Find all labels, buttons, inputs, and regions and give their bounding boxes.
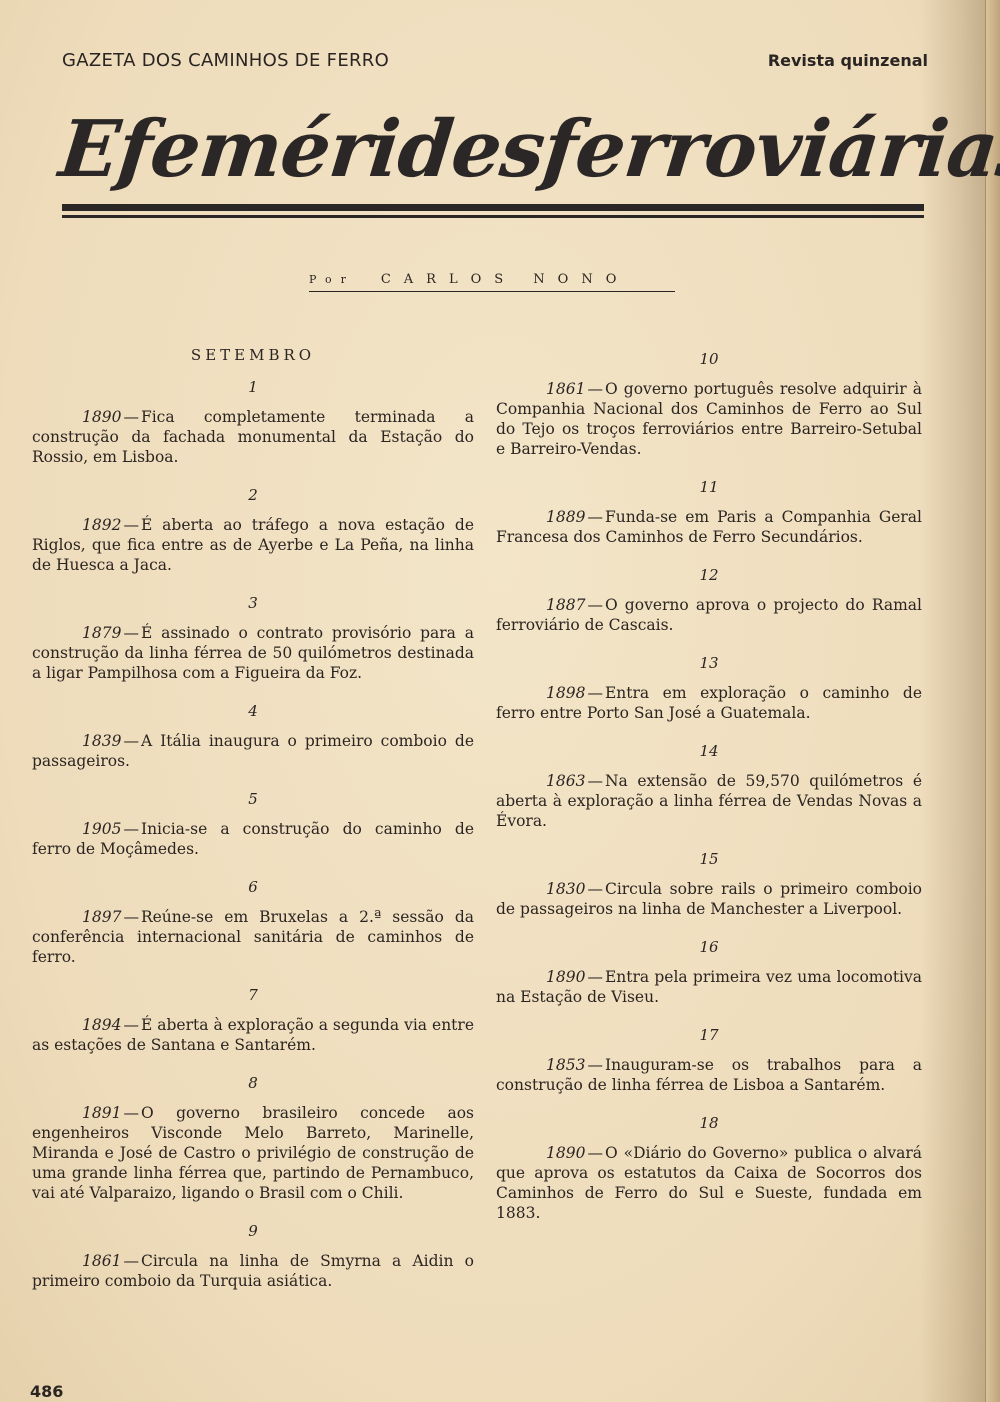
entry-year: 1830 (546, 880, 585, 898)
day-number: 16 (496, 937, 922, 957)
title-word-2: ferroviárias (538, 100, 1000, 200)
byline: PorCARLOS NONO (309, 272, 675, 292)
right-column: 10 1861—O governo português resolve adqu… (496, 349, 922, 1241)
month-heading: SETEMBRO (32, 345, 474, 365)
day-number: 12 (496, 565, 922, 585)
day-number: 13 (496, 653, 922, 673)
entry: 17 1853—Inauguram-se os trabalhos para a… (496, 1025, 922, 1095)
title-rule-thin (62, 215, 924, 218)
entry-year: 1839 (82, 732, 121, 750)
day-number: 9 (32, 1221, 474, 1241)
day-number: 11 (496, 477, 922, 497)
entry-year: 1890 (82, 408, 121, 426)
entry: 11 1889—Funda-se em Paris a Companhia Ge… (496, 477, 922, 547)
day-number: 1 (32, 377, 474, 397)
day-number: 18 (496, 1113, 922, 1133)
entry-year: 1863 (546, 772, 585, 790)
entry-year: 1897 (82, 908, 121, 926)
entry: 4 1839—A Itália inaugura o primeiro comb… (32, 701, 474, 771)
entry: 5 1905—Inicia-se a construção do caminho… (32, 789, 474, 859)
day-number: 5 (32, 789, 474, 809)
title-rule-thick (62, 204, 924, 211)
day-number: 3 (32, 593, 474, 613)
entry-year: 1890 (546, 1144, 585, 1162)
day-number: 8 (32, 1073, 474, 1093)
entry: 13 1898—Entra em exploração o caminho de… (496, 653, 922, 723)
entry-year: 1861 (546, 380, 585, 398)
entry: 14 1863—Na extensão de 59,570 quilómetro… (496, 741, 922, 831)
page-edge-shadow (985, 0, 1000, 1402)
entry-year: 1853 (546, 1056, 585, 1074)
journal-type: Revista quinzenal (768, 51, 928, 70)
byline-prefix: Por (309, 273, 355, 286)
entry: 2 1892—É aberta ao tráfego a nova estaçã… (32, 485, 474, 575)
left-column: SETEMBRO 1 1890—Fica completamente termi… (32, 345, 474, 1309)
entry: 1 1890—Fica completamente terminada a co… (32, 377, 474, 467)
byline-author: CARLOS NONO (381, 272, 630, 287)
day-number: 10 (496, 349, 922, 369)
entry-year: 1898 (546, 684, 585, 702)
day-number: 17 (496, 1025, 922, 1045)
entry-year: 1879 (82, 624, 121, 642)
entry-year: 1891 (82, 1104, 121, 1122)
running-head: GAZETA DOS CAMINHOS DE FERRO Revista qui… (62, 50, 928, 71)
entry: 16 1890—Entra pela primeira vez uma loco… (496, 937, 922, 1007)
entry-year: 1887 (546, 596, 585, 614)
entry-year: 1905 (82, 820, 121, 838)
entry: 7 1894—É aberta à exploração a segunda v… (32, 985, 474, 1055)
entry-year: 1861 (82, 1252, 121, 1270)
entry: 9 1861—Circula na linha de Smyrna a Aidi… (32, 1221, 474, 1291)
entry: 3 1879—É assinado o contrato provisório … (32, 593, 474, 683)
entry: 15 1830—Circula sobre rails o primeiro c… (496, 849, 922, 919)
day-number: 7 (32, 985, 474, 1005)
entry: 6 1897—Reúne-se em Bruxelas a 2.ª sessão… (32, 877, 474, 967)
entry: 12 1887—O governo aprova o projecto do R… (496, 565, 922, 635)
entry-year: 1894 (82, 1016, 121, 1034)
entry: 8 1891—O governo brasileiro concede aos … (32, 1073, 474, 1203)
entry: 18 1890—O «Diário do Governo» publica o … (496, 1113, 922, 1223)
page-number: 486 (30, 1382, 63, 1401)
entry-year: 1890 (546, 968, 585, 986)
entry: 10 1861—O governo português resolve adqu… (496, 349, 922, 459)
title-word-1: Efemérides (55, 100, 549, 200)
entry-year: 1889 (546, 508, 585, 526)
article-title: Efemérides ferroviárias (55, 100, 930, 200)
journal-name: GAZETA DOS CAMINHOS DE FERRO (62, 50, 389, 71)
day-number: 14 (496, 741, 922, 761)
entry-year: 1892 (82, 516, 121, 534)
day-number: 6 (32, 877, 474, 897)
day-number: 4 (32, 701, 474, 721)
day-number: 2 (32, 485, 474, 505)
day-number: 15 (496, 849, 922, 869)
